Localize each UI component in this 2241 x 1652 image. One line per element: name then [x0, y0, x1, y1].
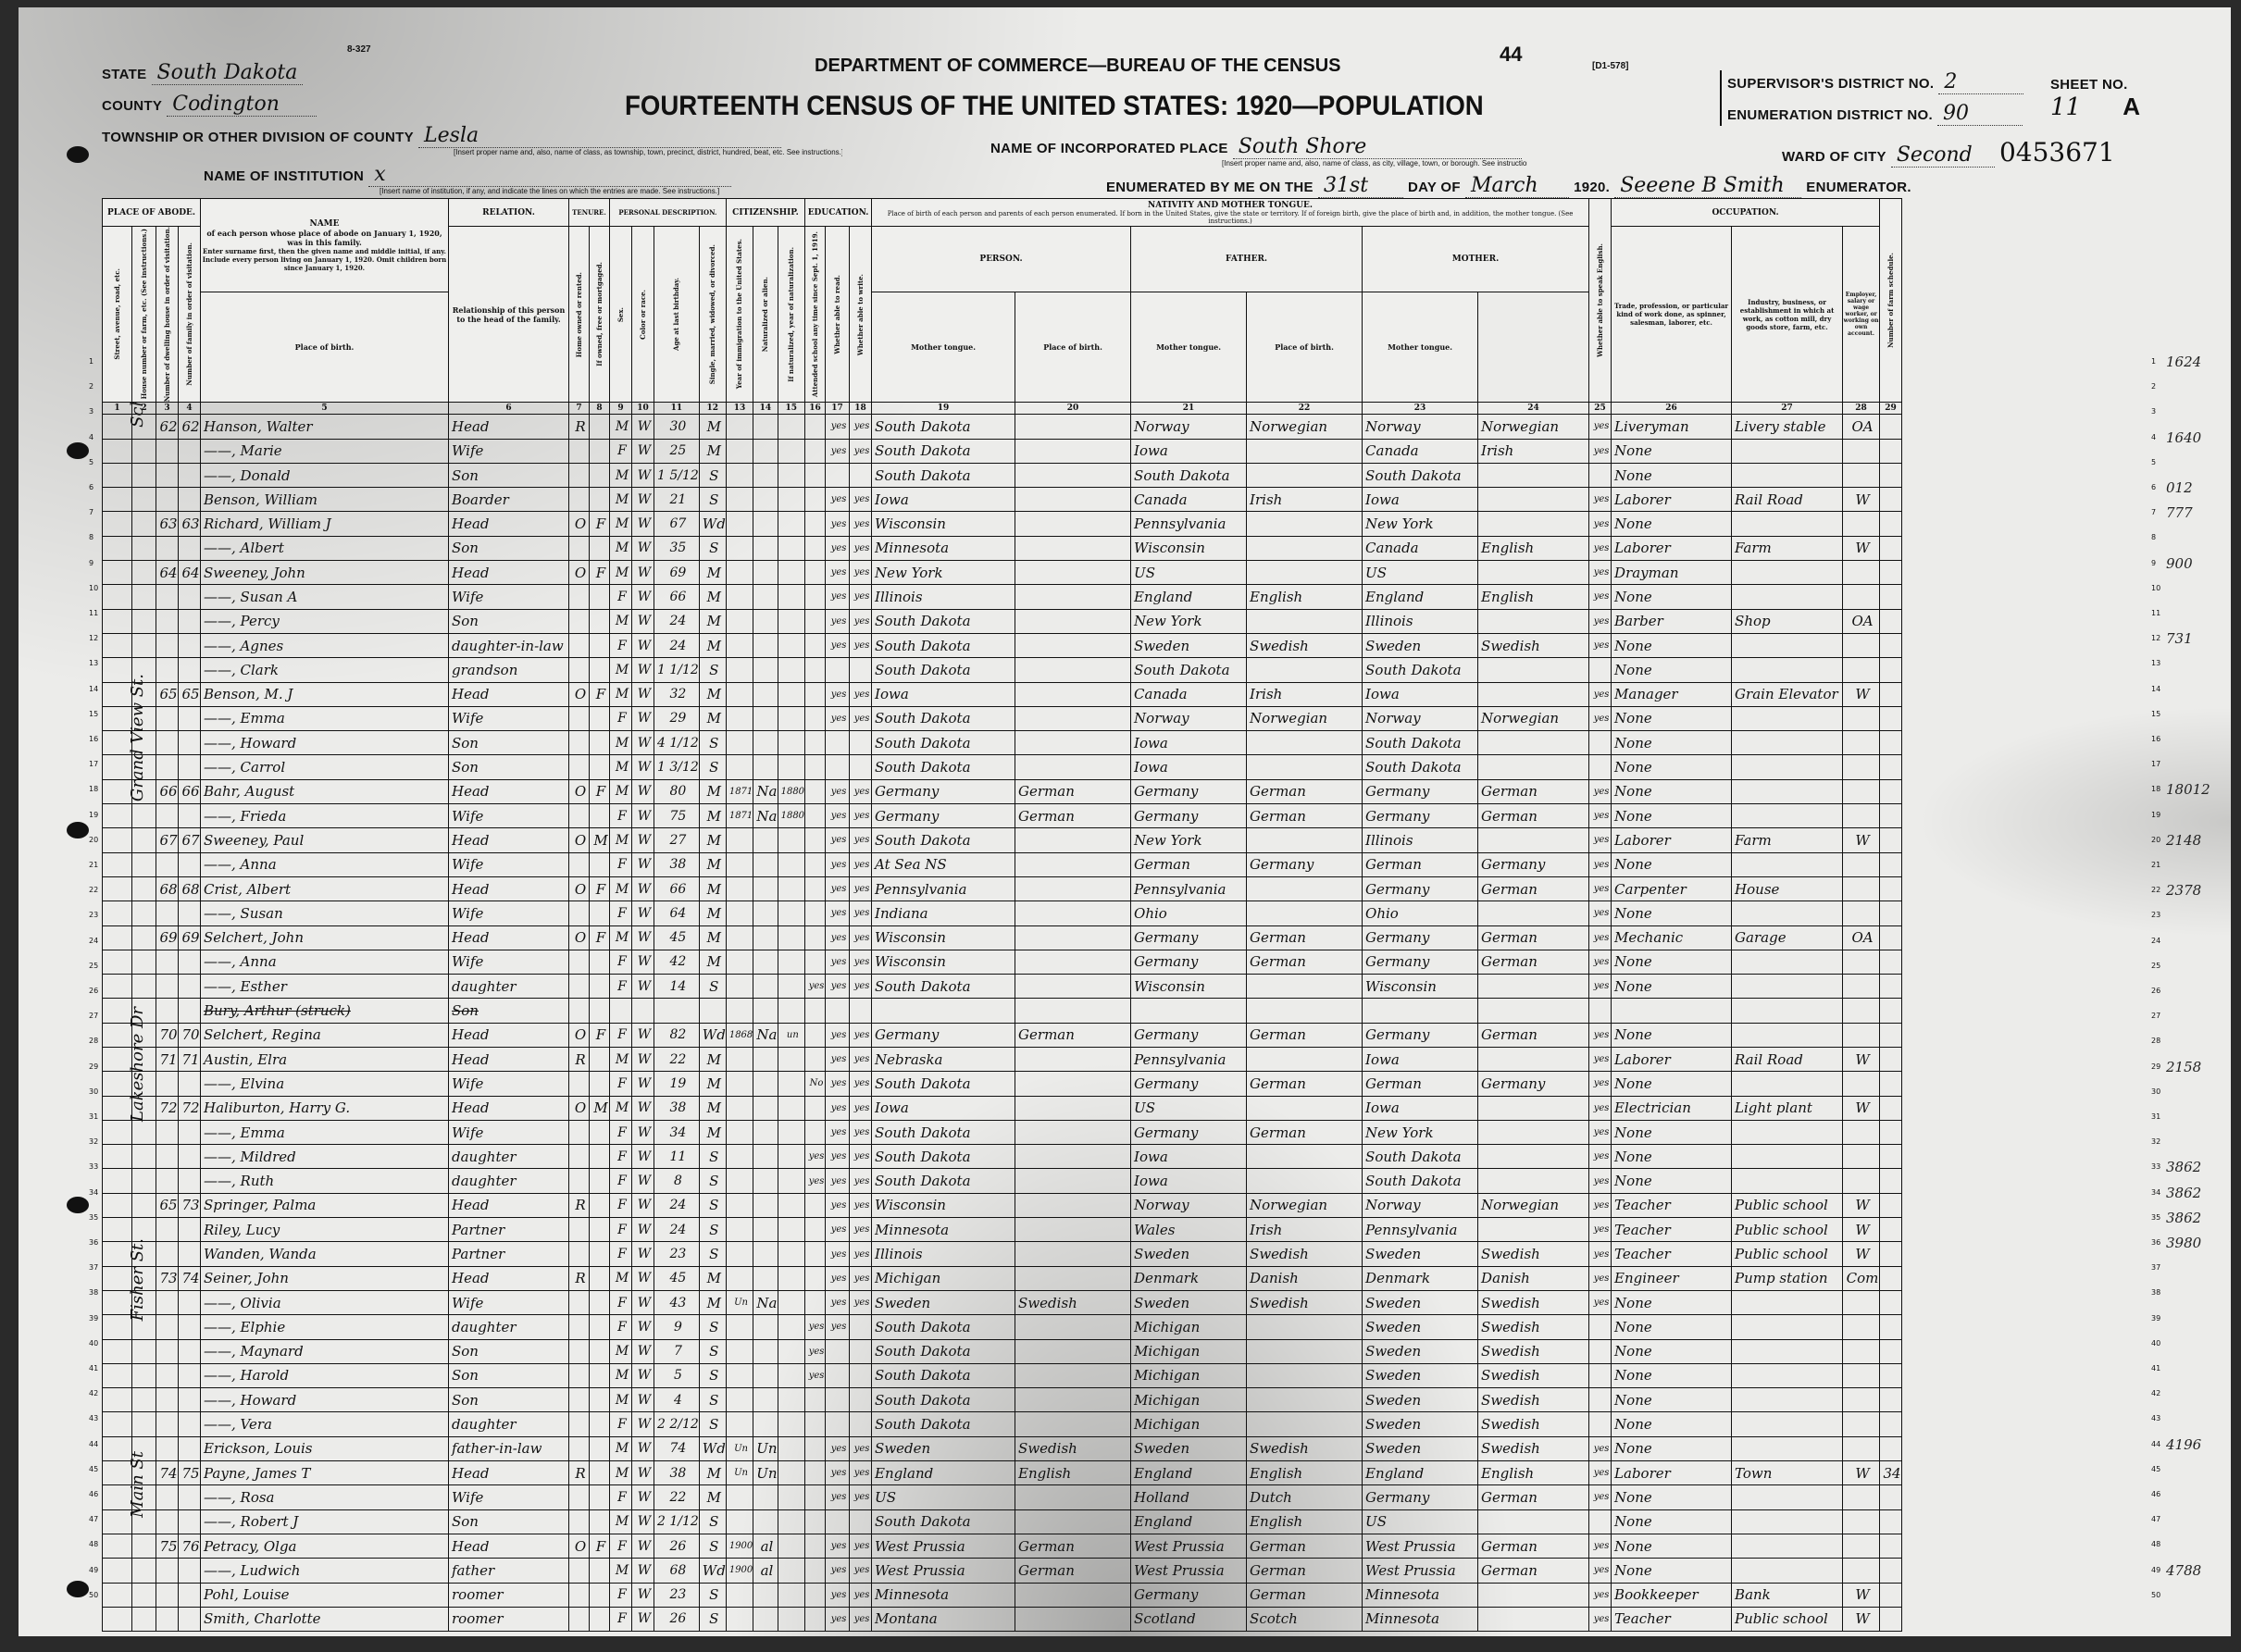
- cell-trade: None: [1612, 1436, 1732, 1460]
- cell-dw: [156, 585, 179, 609]
- cell-imm: 1871: [726, 779, 753, 803]
- cell-eng: yes: [1589, 536, 1612, 560]
- cell-natyr: [778, 1242, 804, 1266]
- cell-nat: [753, 1315, 778, 1339]
- cell-own: [569, 658, 590, 682]
- cell-ms: M: [699, 1485, 726, 1509]
- cell-street: [103, 901, 132, 925]
- cell-read: [826, 755, 850, 779]
- cell-pob: England: [872, 1461, 1015, 1485]
- cell-trade: None: [1612, 779, 1732, 803]
- cell-pob: South Dakota: [872, 1412, 1015, 1436]
- cell-house-number: [132, 925, 156, 950]
- cell-farm: [1880, 852, 1902, 876]
- cell-nat: [753, 1607, 778, 1631]
- cell-farm: [1880, 415, 1902, 439]
- cell-race: W: [632, 1607, 654, 1631]
- table-row: ——, CarrolSonMW1 3/12SSouth DakotaIowaSo…: [103, 755, 1902, 779]
- cell-own: [569, 1339, 590, 1363]
- cell-natyr: [778, 609, 804, 633]
- cell-sex: F: [610, 1583, 632, 1607]
- cell-eng: yes: [1589, 1145, 1612, 1169]
- cell-trade: None: [1612, 975, 1732, 999]
- cell-fam: [179, 1436, 201, 1460]
- cell-sch: [805, 1242, 826, 1266]
- cell-write: yes: [850, 1266, 872, 1290]
- cell-dw: [156, 463, 179, 487]
- cell-mpob: South Dakota: [1363, 463, 1478, 487]
- cell-ms: M: [699, 1047, 726, 1071]
- cell-age: 80: [654, 779, 700, 803]
- cell-rel: Wife: [449, 1485, 569, 1509]
- cell-house-number: [132, 1388, 156, 1412]
- cell-ms: S: [699, 488, 726, 512]
- cell-read: yes: [826, 1315, 850, 1339]
- cell-mpob: Norway: [1363, 706, 1478, 730]
- ward-label: WARD OF CITY: [1782, 149, 1886, 165]
- cell-age: 21: [654, 488, 700, 512]
- header-mother: MOTHER.: [1363, 227, 1589, 292]
- line-number-right: 24: [2151, 937, 2160, 945]
- cell-farm: [1880, 561, 1902, 585]
- cell-mmt: [1478, 609, 1589, 633]
- cell-name: ——, Clark: [201, 658, 449, 682]
- cell-pob: South Dakota: [872, 828, 1015, 852]
- cell-sex: F: [610, 950, 632, 974]
- cell-fam: [179, 1339, 201, 1363]
- cell-mt: [1015, 999, 1131, 1023]
- cell-emp: W: [1843, 1461, 1880, 1485]
- table-row: ——, MarieWifeFW25MyesyesSouth DakotaIowa…: [103, 439, 1902, 463]
- cell-pob: US: [872, 1485, 1015, 1509]
- cell-mpob: Canada: [1363, 536, 1478, 560]
- cell-fmt: Scotch: [1247, 1607, 1363, 1631]
- cell-mt: [1015, 536, 1131, 560]
- cell-name: Payne, James T: [201, 1461, 449, 1485]
- cell-dw: 73: [156, 1266, 179, 1290]
- cell-ms: S: [699, 1607, 726, 1631]
- cell-ms: M: [699, 415, 726, 439]
- cell-house-number: [132, 609, 156, 633]
- cell-own: O: [569, 1023, 590, 1047]
- table-row: Pohl, LouiseroomerFW23SyesyesMinnesotaGe…: [103, 1583, 1902, 1607]
- cell-nat: [753, 1072, 778, 1096]
- cell-sch: [805, 1534, 826, 1558]
- cell-dw: 74: [156, 1461, 179, 1485]
- cell-sex: M: [610, 1509, 632, 1534]
- cell-fpob: Iowa: [1131, 731, 1247, 755]
- cell-sex: F: [610, 585, 632, 609]
- column-number: 29: [1880, 403, 1902, 415]
- cell-street: [103, 1534, 132, 1558]
- cell-fam: [179, 1363, 201, 1387]
- cell-mort: F: [590, 1023, 610, 1047]
- cell-read: yes: [826, 1072, 850, 1096]
- cell-ind: [1732, 804, 1843, 828]
- cell-ind: [1732, 585, 1843, 609]
- cell-rel: Wife: [449, 901, 569, 925]
- cell-age: 43: [654, 1290, 700, 1314]
- cell-rel: Son: [449, 463, 569, 487]
- cell-sex: M: [610, 1339, 632, 1363]
- cell-fmt: [1247, 1145, 1363, 1169]
- cell-own: [569, 439, 590, 463]
- cell-farm: [1880, 463, 1902, 487]
- header-person: PERSON.: [872, 227, 1131, 292]
- cell-trade: Barber: [1612, 609, 1732, 633]
- cell-fpob: Germany: [1131, 925, 1247, 950]
- cell-sex: M: [610, 755, 632, 779]
- cell-race: W: [632, 1315, 654, 1339]
- cell-mmt: [1478, 512, 1589, 536]
- margin-code-annotation: 2158: [2166, 1059, 2201, 1075]
- cell-read: yes: [826, 439, 850, 463]
- cell-name: ——, Donald: [201, 463, 449, 487]
- cell-name: Pohl, Louise: [201, 1583, 449, 1607]
- table-row: 7475Payne, James THeadRMW38MUnUnyesyesEn…: [103, 1461, 1902, 1485]
- cell-farm: 34: [1880, 1461, 1902, 1485]
- cell-trade: Engineer: [1612, 1266, 1732, 1290]
- column-number: 27: [1732, 403, 1843, 415]
- cell-own: [569, 1485, 590, 1509]
- margin-code-annotation: 4788: [2166, 1562, 2201, 1579]
- cell-read: yes: [826, 633, 850, 657]
- cell-street: [103, 1023, 132, 1047]
- cell-imm: [726, 1363, 753, 1387]
- line-number-right: 44: [2151, 1440, 2160, 1448]
- cell-mort: [590, 706, 610, 730]
- table-row: 6969Selchert, JohnHeadOFMW45MyesyesWisco…: [103, 925, 1902, 950]
- cell-dw: [156, 1145, 179, 1169]
- cell-fmt: German: [1247, 1534, 1363, 1558]
- table-row: 7374Seiner, JohnHeadRMW45MyesyesMichigan…: [103, 1266, 1902, 1290]
- cell-trade: Teacher: [1612, 1607, 1732, 1631]
- cell-mpob: Wisconsin: [1363, 975, 1478, 999]
- cell-mpob: South Dakota: [1363, 1169, 1478, 1193]
- header-farm-schedule: Number of farm schedule.: [1880, 199, 1902, 403]
- cell-age: 26: [654, 1534, 700, 1558]
- cell-fam: [179, 1145, 201, 1169]
- cell-mt: [1015, 1096, 1131, 1120]
- line-number: 26: [89, 987, 98, 995]
- cell-eng: yes: [1589, 779, 1612, 803]
- cell-pob: Michigan: [872, 1266, 1015, 1290]
- cell-age: 32: [654, 682, 700, 706]
- cell-own: [569, 1583, 590, 1607]
- cell-street: [103, 585, 132, 609]
- cell-pob: Wisconsin: [872, 950, 1015, 974]
- line-number: 45: [89, 1465, 98, 1473]
- cell-mort: [590, 1509, 610, 1534]
- header-person-mt: Mother tongue.: [872, 292, 1015, 403]
- cell-dw: [156, 1315, 179, 1339]
- table-header: PLACE OF ABODE. NAME of each person whos…: [103, 199, 1902, 415]
- table-row: 6565Benson, M. JHeadOFMW32MyesyesIowaCan…: [103, 682, 1902, 706]
- cell-write: yes: [850, 1023, 872, 1047]
- cell-mt: [1015, 463, 1131, 487]
- cell-rel: Boarder: [449, 488, 569, 512]
- cell-race: W: [632, 415, 654, 439]
- cell-eng: yes: [1589, 804, 1612, 828]
- cell-mmt: [1478, 1509, 1589, 1534]
- cell-ms: M: [699, 1461, 726, 1485]
- cell-pob: New York: [872, 561, 1015, 585]
- cell-mmt: German: [1478, 1485, 1589, 1509]
- cell-name: ——, Olivia: [201, 1290, 449, 1314]
- cell-fmt: German: [1247, 925, 1363, 950]
- cell-farm: [1880, 1096, 1902, 1120]
- cell-age: 2 1/12: [654, 1509, 700, 1534]
- cell-natyr: [778, 1290, 804, 1314]
- county-value: Codington: [167, 93, 317, 117]
- cell-nat: [753, 1120, 778, 1144]
- column-number: 14: [753, 403, 778, 415]
- cell-natyr: [778, 1583, 804, 1607]
- cell-dw: 65: [156, 682, 179, 706]
- cell-mort: [590, 1559, 610, 1583]
- cell-mpob: German: [1363, 1072, 1478, 1096]
- cell-dw: [156, 1242, 179, 1266]
- cell-imm: [726, 706, 753, 730]
- cell-mort: [590, 633, 610, 657]
- cell-natyr: [778, 731, 804, 755]
- cell-ind: Farm: [1732, 828, 1843, 852]
- cell-imm: [726, 1485, 753, 1509]
- cell-fpob: Germany: [1131, 804, 1247, 828]
- cell-pob: Minnesota: [872, 1583, 1015, 1607]
- cell-write: [850, 1363, 872, 1387]
- cell-sex: M: [610, 828, 632, 852]
- line-number: 5: [89, 458, 93, 466]
- cell-mmt: German: [1478, 804, 1589, 828]
- cell-own: [569, 804, 590, 828]
- cell-ind: [1732, 1436, 1843, 1460]
- line-number: 1: [89, 357, 93, 366]
- cell-dw: 65: [156, 1193, 179, 1217]
- enumerated-field: ENUMERATED BY ME ON THE 31st DAY OF Marc…: [1106, 174, 1911, 198]
- cell-fam: [179, 488, 201, 512]
- cell-name: ——, Emma: [201, 706, 449, 730]
- cell-sex: F: [610, 1290, 632, 1314]
- cell-rel: Wife: [449, 1072, 569, 1096]
- cell-mpob: Ohio: [1363, 901, 1478, 925]
- cell-rel: Head: [449, 1023, 569, 1047]
- cell-mmt: German: [1478, 779, 1589, 803]
- cell-dw: 64: [156, 561, 179, 585]
- cell-own: [569, 1607, 590, 1631]
- cell-mpob: US: [1363, 561, 1478, 585]
- line-number-right: 40: [2151, 1339, 2160, 1348]
- cell-farm: [1880, 999, 1902, 1023]
- line-number: 7: [89, 508, 93, 516]
- cell-emp: [1843, 1023, 1880, 1047]
- cell-emp: OA: [1843, 609, 1880, 633]
- cell-ind: [1732, 561, 1843, 585]
- line-number: 35: [89, 1213, 98, 1222]
- cell-mt: German: [1015, 779, 1131, 803]
- cell-name: Benson, William: [201, 488, 449, 512]
- cell-race: W: [632, 1339, 654, 1363]
- line-number-right: 37: [2151, 1263, 2160, 1272]
- cell-sch: yes: [805, 975, 826, 999]
- cell-write: yes: [850, 488, 872, 512]
- form-number: 8-327: [347, 44, 371, 55]
- cell-read: yes: [826, 1120, 850, 1144]
- cell-imm: [726, 950, 753, 974]
- cell-imm: [726, 609, 753, 633]
- cell-fmt: Swedish: [1247, 1436, 1363, 1460]
- cell-fpob: Wales: [1131, 1218, 1247, 1242]
- line-number: 29: [89, 1062, 98, 1071]
- table-row: ——, MildreddaughterFW11SyesyesyesSouth D…: [103, 1145, 1902, 1169]
- cell-fpob: Michigan: [1131, 1339, 1247, 1363]
- cell-ind: Shop: [1732, 609, 1843, 633]
- cell-own: [569, 1169, 590, 1193]
- cell-race: W: [632, 779, 654, 803]
- cell-trade: None: [1612, 1363, 1732, 1387]
- incorporated-label: NAME OF INCORPORATED PLACE: [990, 141, 1228, 156]
- cell-sch: [805, 1193, 826, 1217]
- cell-sch: No: [805, 1072, 826, 1096]
- cell-mort: F: [590, 1534, 610, 1558]
- cell-write: [850, 755, 872, 779]
- cell-fam: [179, 731, 201, 755]
- cell-nat: [753, 1242, 778, 1266]
- cell-house-number: [132, 415, 156, 439]
- cell-mt: Swedish: [1015, 1290, 1131, 1314]
- cell-pob: Nebraska: [872, 1047, 1015, 1071]
- supervisor-value: 2: [1938, 70, 2023, 94]
- cell-rel: Head: [449, 561, 569, 585]
- cell-fam: [179, 1559, 201, 1583]
- cell-mt: [1015, 1193, 1131, 1217]
- cell-street: [103, 1436, 132, 1460]
- cell-mmt: [1478, 1583, 1589, 1607]
- cell-sch: yes: [805, 1145, 826, 1169]
- cell-street: [103, 1509, 132, 1534]
- cell-write: yes: [850, 536, 872, 560]
- cell-fpob: Sweden: [1131, 1242, 1247, 1266]
- cell-natyr: [778, 439, 804, 463]
- cell-own: O: [569, 925, 590, 950]
- cell-rel: daughter: [449, 1412, 569, 1436]
- cell-street: [103, 609, 132, 633]
- cell-sex: F: [610, 1534, 632, 1558]
- cell-trade: None: [1612, 1290, 1732, 1314]
- cell-ms: M: [699, 1120, 726, 1144]
- cell-natyr: [778, 852, 804, 876]
- cell-natyr: [778, 463, 804, 487]
- cell-read: yes: [826, 779, 850, 803]
- cell-read: yes: [826, 1485, 850, 1509]
- line-number-right: 38: [2151, 1288, 2160, 1297]
- cell-street: [103, 925, 132, 950]
- cell-fpob: Wisconsin: [1131, 975, 1247, 999]
- cell-natyr: [778, 1485, 804, 1509]
- cell-trade: Drayman: [1612, 561, 1732, 585]
- cell-rel: Head: [449, 1534, 569, 1558]
- cell-eng: yes: [1589, 1096, 1612, 1120]
- cell-write: yes: [850, 1290, 872, 1314]
- table-row: 6262Hanson, WalterHeadRMW30MyesyesSouth …: [103, 415, 1902, 439]
- cell-sch: [805, 1412, 826, 1436]
- cell-street: [103, 1290, 132, 1314]
- cell-mt: [1015, 1388, 1131, 1412]
- cell-name: ——, Frieda: [201, 804, 449, 828]
- header-father: FATHER.: [1131, 227, 1363, 292]
- cell-pob: South Dakota: [872, 1339, 1015, 1363]
- cell-own: [569, 1242, 590, 1266]
- cell-ind: [1732, 975, 1843, 999]
- cell-own: [569, 536, 590, 560]
- cell-ms: M: [699, 1096, 726, 1120]
- cell-sex: F: [610, 1242, 632, 1266]
- line-number: 49: [89, 1566, 98, 1574]
- cell-imm: [726, 658, 753, 682]
- cell-fpob: US: [1131, 1096, 1247, 1120]
- cell-name: ——, Elphie: [201, 1315, 449, 1339]
- line-number-right: 19: [2151, 811, 2160, 819]
- cell-ms: M: [699, 925, 726, 950]
- cell-write: yes: [850, 585, 872, 609]
- cell-eng: yes: [1589, 1193, 1612, 1217]
- cell-fpob: West Prussia: [1131, 1534, 1247, 1558]
- cell-house-number: [132, 999, 156, 1023]
- cell-sex: M: [610, 1096, 632, 1120]
- line-number-right: 39: [2151, 1314, 2160, 1323]
- cell-read: yes: [826, 876, 850, 901]
- cell-ind: Garage: [1732, 925, 1843, 950]
- cell-nat: [753, 1145, 778, 1169]
- cell-street: [103, 536, 132, 560]
- line-number: 11: [89, 609, 98, 617]
- cell-sex: M: [610, 682, 632, 706]
- cell-race: W: [632, 439, 654, 463]
- cell-nat: [753, 1266, 778, 1290]
- cell-pob: At Sea NS: [872, 852, 1015, 876]
- cell-fmt: [1247, 1047, 1363, 1071]
- cell-fpob: Germany: [1131, 1120, 1247, 1144]
- cell-race: W: [632, 1242, 654, 1266]
- cell-farm: [1880, 876, 1902, 901]
- margin-code-annotation: 012: [2166, 479, 2193, 496]
- cell-sch: [805, 706, 826, 730]
- line-number: 2: [89, 382, 93, 391]
- cell-read: yes: [826, 1218, 850, 1242]
- cell-imm: [726, 731, 753, 755]
- cell-name: ——, Anna: [201, 852, 449, 876]
- column-number: 11: [654, 403, 700, 415]
- cell-farm: [1880, 1145, 1902, 1169]
- table-row: 7272Haliburton, Harry G.HeadOMMW38Myesye…: [103, 1096, 1902, 1120]
- cell-mpob: England: [1363, 1461, 1478, 1485]
- cell-fpob: Denmark: [1131, 1266, 1247, 1290]
- sheet-side: A: [2123, 93, 2140, 120]
- cell-race: W: [632, 1559, 654, 1583]
- line-number-right: 10: [2151, 584, 2160, 592]
- punch-hole-icon: [67, 1197, 89, 1213]
- ward-annotation: 0453671: [1999, 137, 2115, 168]
- cell-mort: F: [590, 779, 610, 803]
- table-row: ——, SusanWifeFW64MyesyesIndianaOhioOhioy…: [103, 901, 1902, 925]
- cell-mpob: Sweden: [1363, 1412, 1478, 1436]
- cell-fmt: German: [1247, 1583, 1363, 1607]
- cell-dw: [156, 1120, 179, 1144]
- cell-mt: [1015, 706, 1131, 730]
- cell-read: yes: [826, 415, 850, 439]
- cell-nat: Na: [753, 1290, 778, 1314]
- cell-mmt: Swedish: [1478, 1436, 1589, 1460]
